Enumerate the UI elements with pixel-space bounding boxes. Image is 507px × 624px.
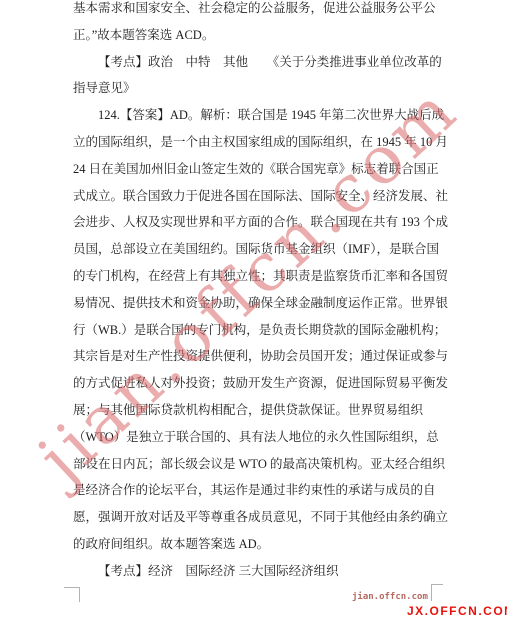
text-boundary-mark-bottom-right [431, 584, 443, 601]
document-body: 基本需求和国家安全、社会稳定的公益服务，促进公益服务公平公 正。”故本题答案选 … [73, 0, 439, 585]
text-line: 易情况、提供技术和资金协助，确保全球金融制度运作正常。世界银 [73, 290, 439, 317]
text-line: 基本需求和国家安全、社会稳定的公益服务，促进公益服务公平公 [73, 0, 439, 22]
text-line: 会进步、人权及实现世界和平方面的合作。联合国现在共有 193 个成 [73, 209, 439, 236]
text-line: 式成立。联合国致力于促进各国在国际法、国际安全、经济发展、社 [73, 183, 439, 210]
text-line: 立的国际组织，是一个由主权国家组成的国际组织，在 1945 年 10 月 [73, 129, 439, 156]
text-line: 24 日在美国加州旧金山签定生效的《联合国宪章》标志着联合国正 [73, 156, 439, 183]
text-line: 的政府间组织。故本题答案选 AD。 [73, 531, 439, 558]
text-line: 【考点】经济 国际经济 三大国际经济组织 [73, 558, 439, 585]
text-line: （WTO）是独立于联合国的、具有法人地位的永久性国际组织，总 [73, 424, 439, 451]
footer-watermark-text: jian.offcn.com [352, 592, 428, 602]
text-line: 愿，强调开放对话及平等尊重各成员意见，不同于其他经由条约确立 [73, 504, 439, 531]
text-line: 的方式促进私人对外投资；鼓励开发生产资源，促进国际贸易平衡发 [73, 370, 439, 397]
text-line: 行（WB.）是联合国的专门机构，是负责长期贷款的国际金融机构； [73, 317, 439, 344]
text-line: 员国，总部设立在美国纽约。国际货币基金组织（IMF），是联合国 [73, 236, 439, 263]
document-page: jian.offcn.com 基本需求和国家安全、社会稳定的公益服务，促进公益服… [0, 0, 507, 624]
footer-site-label: JX.OFFCN.COM [407, 604, 507, 618]
text-line: 正。”故本题答案选 ACD。 [73, 22, 439, 49]
text-line: 【考点】政治 中特 其他 《关于分类推进事业单位改革的 [73, 49, 439, 76]
text-line: 指导意见》 [73, 75, 439, 102]
text-line: 展；与其他国际贷款机构相配合，提供贷款保证。世界贸易组织 [73, 397, 439, 424]
text-line: 的专门机构，在经营上有其独立性；其职责是监察货币汇率和各国贸 [73, 263, 439, 290]
text-line: 其宗旨是对生产性投资提供便利，协助会员国开发；通过保证或参与 [73, 343, 439, 370]
text-line: 124.【答案】AD。解析：联合国是 1945 年第二次世界大战后成 [73, 102, 439, 129]
text-boundary-mark-bottom-left [64, 587, 80, 602]
text-line: 是经济合作的论坛平台，其运作是通过非约束性的承诺与成员的自 [73, 477, 439, 504]
text-line: 部设在日内瓦；部长级会议是 WTO 的最高决策机构。亚太经合组织 [73, 451, 439, 478]
